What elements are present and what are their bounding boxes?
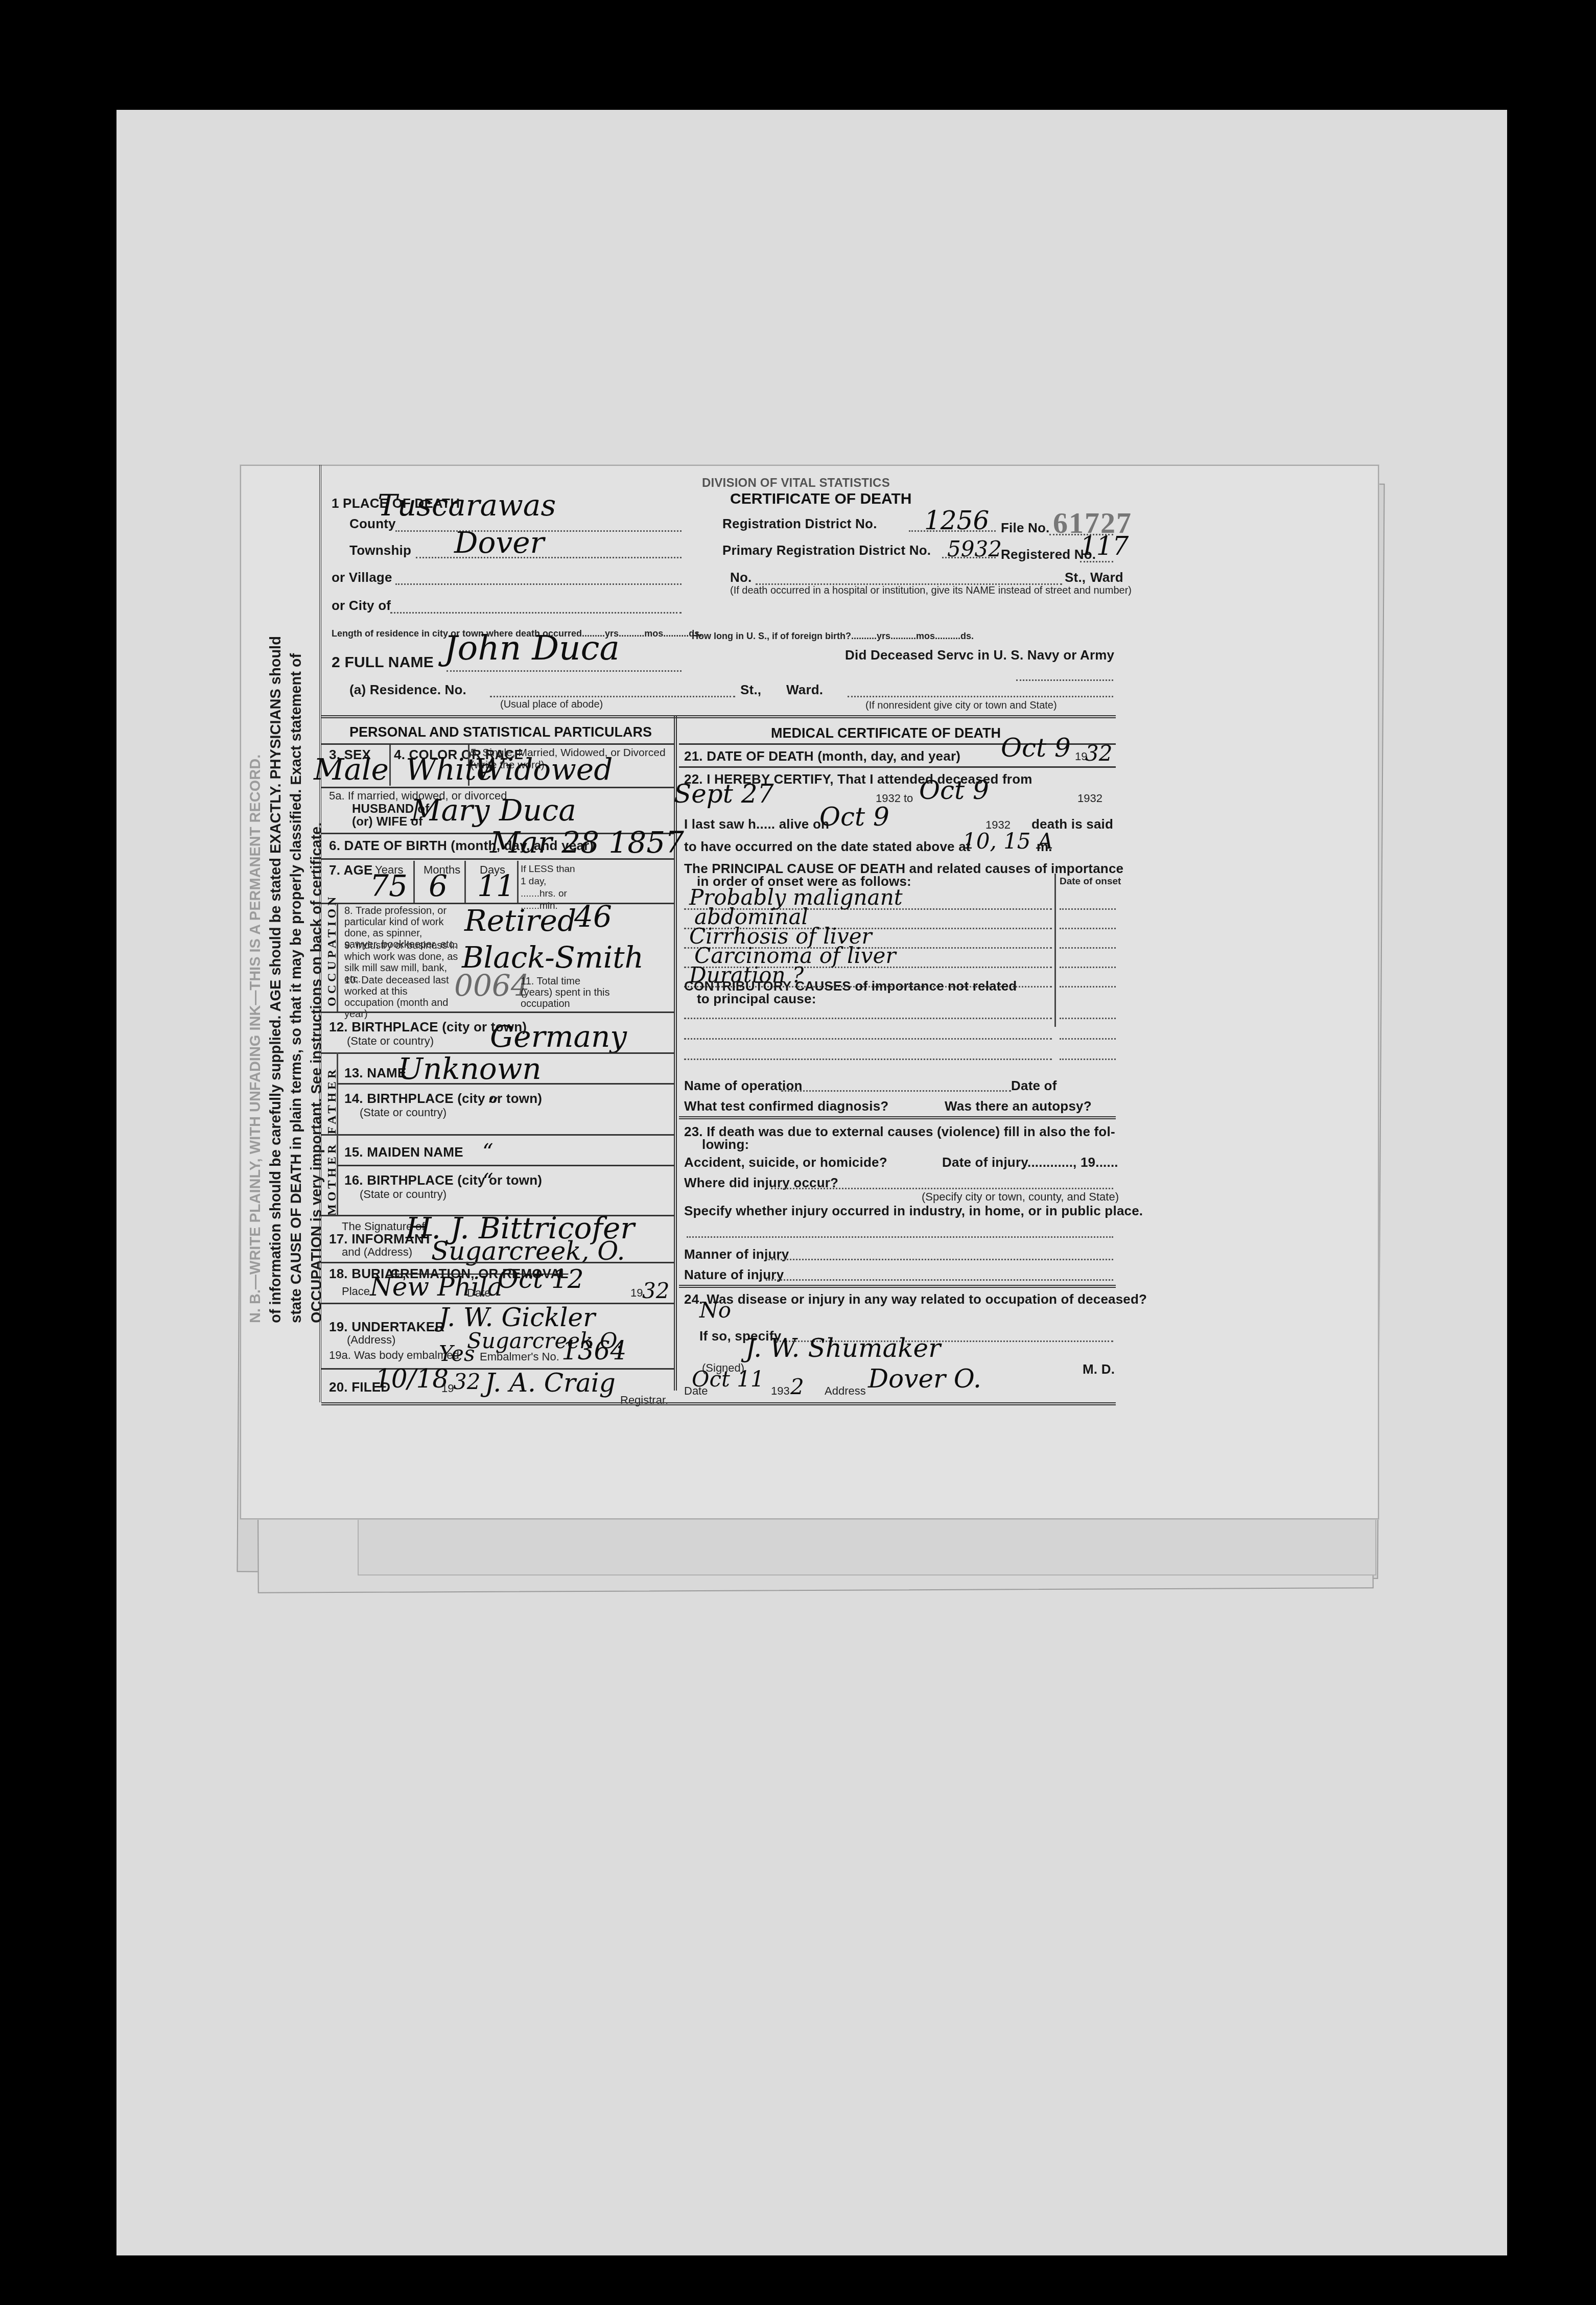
father-name-value: Unknown: [398, 1051, 542, 1086]
md-label: M. D.: [1083, 1361, 1115, 1377]
ward-label: Ward: [1090, 570, 1123, 585]
margin-line-2: of information should be carefully suppl…: [266, 475, 286, 1323]
primary-registration-value: 5932: [947, 536, 1002, 561]
occupation-related-label: 24. Was disease or injury in any way rel…: [684, 1291, 1147, 1307]
undertaker-address-label: (Address): [347, 1333, 395, 1347]
mother-birthplace-value: “: [482, 1169, 493, 1194]
marital-value: Widowed: [475, 752, 613, 787]
specify-place-note: (Specify city or town, county, and State…: [922, 1190, 1119, 1204]
attended-to-value: Oct 9: [919, 775, 989, 805]
occurred-label: to have occurred on the date stated abov…: [684, 839, 971, 855]
trade-value: Retired: [464, 903, 576, 938]
father-birthplace-value: “: [487, 1093, 498, 1118]
primary-registration-label: Primary Registration District No.: [722, 543, 931, 558]
industry-home-label: Specify whether injury occurred in indus…: [684, 1203, 1143, 1219]
village-label: or Village: [332, 570, 392, 585]
county-value: Tuscarawas: [378, 488, 556, 523]
margin-line-1: N. B.—WRITE PLAINLY, WITH UNFADING INK—T…: [245, 475, 266, 1323]
date-of-death-value: Oct 9: [1001, 733, 1071, 763]
burial-year-prefix: 19: [630, 1286, 643, 1300]
embalmer-no-value: 1364: [561, 1336, 626, 1366]
residence-ward-label: Ward.: [786, 682, 823, 698]
medical-section-title: MEDICAL CERTIFICATE OF DEATH: [771, 725, 1001, 741]
registered-no-value: 117: [1080, 531, 1129, 561]
address-label: Address: [825, 1384, 866, 1398]
operation-date-label: Date of: [1011, 1078, 1057, 1094]
residence-label: (a) Residence. No.: [349, 682, 466, 698]
sign-year-prefix: 193: [771, 1384, 790, 1398]
external-label-2: lowing:: [702, 1137, 749, 1152]
burial-year-value: 32: [642, 1278, 669, 1303]
undertaker-label: 19. UNDERTAKER: [329, 1319, 444, 1335]
mother-maiden-value: “: [482, 1139, 493, 1164]
father-state-label: (State or country): [360, 1106, 447, 1119]
sign-date-value: Oct 11: [692, 1367, 764, 1392]
filed-year-prefix: 19: [441, 1382, 454, 1395]
registrar-signature: J. A. Craig: [485, 1368, 616, 1398]
file-no-label: File No.: [1001, 520, 1050, 536]
navy-army-label: Did Deceased Servc in U. S. Navy or Army: [845, 647, 1114, 663]
township-value: Dover: [454, 525, 544, 560]
physician-signature: J. W. Shumaker: [745, 1333, 941, 1363]
dod-year-value: 32: [1085, 741, 1112, 766]
township-label: Township: [349, 543, 411, 558]
filed-year-value: 32: [453, 1369, 480, 1394]
residence-street-label: St.,: [740, 682, 761, 698]
physician-address: Dover O.: [868, 1364, 981, 1394]
filed-value: 10/18: [375, 1364, 449, 1394]
margin-line-3: state CAUSE OF DEATH in plain terms, so …: [286, 475, 307, 1323]
birthplace-state-label: (State or country): [347, 1034, 434, 1048]
contributory-label-2: to principal cause:: [697, 991, 816, 1007]
hospital-note: (If death occurred in a hospital or inst…: [730, 585, 1132, 597]
division-title: DIVISION OF VITAL STATISTICS: [702, 476, 890, 490]
margin-instructions: N. B.—WRITE PLAINLY, WITH UNFADING INK—T…: [245, 475, 322, 1323]
sex-value: Male: [314, 752, 389, 787]
certificate-title: CERTIFICATE OF DEATH: [730, 490, 912, 508]
burial-place-label: Place: [342, 1285, 370, 1298]
mother-state-label: (State or country): [360, 1188, 447, 1201]
to-label: to: [904, 792, 913, 805]
nonresident-note: (If nonresident give city or town and St…: [865, 700, 1057, 712]
street-label: St.,: [1065, 570, 1086, 585]
last-saw-value: Oct 9: [819, 802, 889, 832]
age-label: 7. AGE: [329, 862, 372, 878]
test-label: What test confirmed diagnosis?: [684, 1098, 888, 1114]
m-label: m.: [1037, 839, 1052, 855]
registration-district-value: 1256: [924, 506, 989, 535]
embalmed-value: Yes: [439, 1341, 475, 1366]
burial-date-value: Oct 12: [498, 1264, 584, 1294]
personal-section-title: PERSONAL AND STATISTICAL PARTICULARS: [349, 724, 652, 740]
attended-to-year: 1932: [1077, 792, 1102, 805]
certificate-form: DIVISION OF VITAL STATISTICS CERTIFICATE…: [319, 465, 1371, 1402]
registration-district-label: Registration District No.: [722, 516, 877, 532]
age-years-value: 75: [370, 868, 408, 903]
mother-maiden-label: 15. MAIDEN NAME: [344, 1144, 463, 1160]
mother-birthplace-label: 16. BIRTHPLACE (city or town): [344, 1172, 542, 1188]
autopsy-label: Was there an autopsy?: [945, 1098, 1092, 1114]
injury-date-label: Date of injury............, 19......: [942, 1155, 1118, 1170]
street-no-label: No.: [730, 570, 752, 585]
total-time-label: 11. Total time (years) spent in this occ…: [521, 976, 610, 1009]
occupation-related-value: No: [699, 1298, 731, 1323]
father-birthplace-label: 14. BIRTHPLACE (city or town): [344, 1091, 542, 1107]
dob-value: Mar 28 1857: [490, 825, 684, 860]
onset-label: Date of onset: [1060, 876, 1121, 887]
full-name-value: John Duca: [444, 628, 620, 668]
attended-from-value: Sept 27: [674, 779, 773, 809]
birthplace-value: Germany: [490, 1019, 627, 1054]
spouse-value: Mary Duca: [411, 793, 576, 828]
foreign-birth-label: How long in U. S., if of foreign birth?.…: [692, 631, 974, 642]
city-label: or City of: [332, 598, 391, 614]
embalmer-no-label: Embalmer's No.: [480, 1350, 559, 1363]
age-days-value: 11: [477, 868, 515, 903]
last-worked-note: 0064: [454, 968, 530, 1003]
abode-note: (Usual place of abode): [500, 699, 603, 711]
burial-date-label: Date: [467, 1286, 490, 1300]
date-of-death-label: 21. DATE OF DEATH (month, day, and year): [684, 748, 960, 764]
trade-note: 46: [574, 899, 612, 934]
sign-year-value: 2: [790, 1374, 804, 1399]
father-name-label: 13. NAME: [344, 1065, 407, 1081]
accident-label: Accident, suicide, or homicide?: [684, 1155, 887, 1170]
informant-label-3: and (Address): [342, 1245, 412, 1259]
last-saw-label: I last saw h..... alive on: [684, 816, 829, 832]
age-months-value: 6: [429, 868, 448, 903]
full-name-label: 2 FULL NAME: [332, 654, 434, 671]
